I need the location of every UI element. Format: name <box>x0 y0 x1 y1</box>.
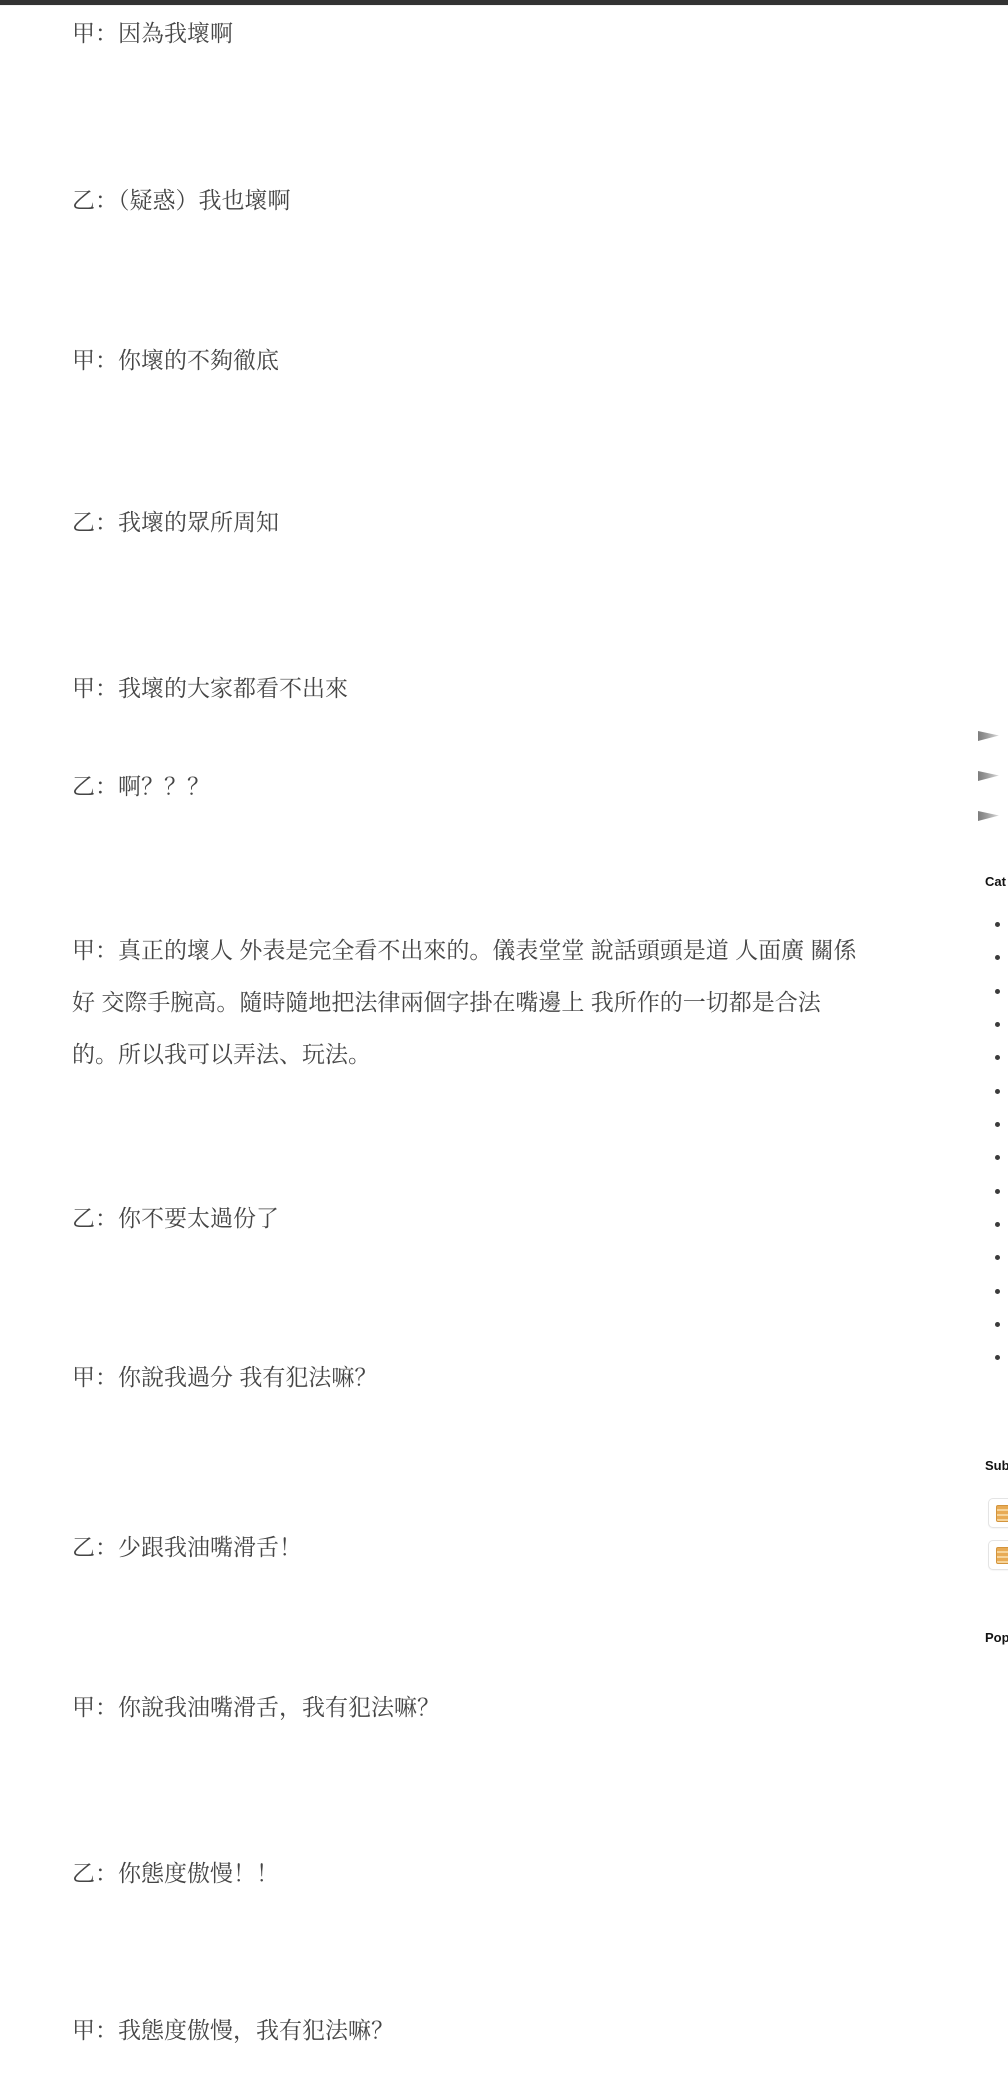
dialogue-line: 乙：少跟我油嘴滑舌！ <box>72 1521 862 1573</box>
dialogue-line: 甲：你說我過分 我有犯法嘛？ <box>72 1351 862 1403</box>
category-item-bullet[interactable] <box>995 1322 1000 1327</box>
dialogue-line: 甲：我態度傲慢，我有犯法嘛？ <box>72 2004 862 2056</box>
feed-icon <box>996 1547 1008 1564</box>
feed-button[interactable] <box>988 1540 1008 1570</box>
dialogue-line: 甲：因為我壞啊 <box>72 7 862 59</box>
categories-heading: Cat <box>985 874 1006 890</box>
dialogue-line: 乙：啊？？？ <box>72 760 862 812</box>
popular-heading: Pop <box>985 1630 1008 1646</box>
dialogue-line: 乙：你態度傲慢！！ <box>72 1847 862 1899</box>
category-item-bullet[interactable] <box>995 1355 1000 1360</box>
category-item-bullet[interactable] <box>995 1122 1000 1127</box>
feed-icon <box>996 1505 1008 1522</box>
feed-button[interactable] <box>988 1498 1008 1528</box>
dialogue-line: 甲：我壞的大家都看不出來 <box>72 662 862 714</box>
category-item-bullet[interactable] <box>995 1255 1000 1260</box>
dialogue-line: 甲：你說我油嘴滑舌，我有犯法嘛？ <box>72 1681 862 1733</box>
dialogue-line: 乙：你不要太過份了 <box>72 1192 862 1244</box>
category-item-bullet[interactable] <box>995 989 1000 994</box>
category-item-bullet[interactable] <box>995 1189 1000 1194</box>
dialogue-line: 甲：你壞的不夠徹底 <box>72 334 862 386</box>
category-item-bullet[interactable] <box>995 1289 1000 1294</box>
category-item-bullet[interactable] <box>995 1055 1000 1060</box>
category-item-bullet[interactable] <box>995 1089 1000 1094</box>
dialogue-line: 乙：我壞的眾所周知 <box>72 496 862 548</box>
category-item-bullet[interactable] <box>995 955 1000 960</box>
category-item-bullet[interactable] <box>995 922 1000 927</box>
category-item-bullet[interactable] <box>995 1155 1000 1160</box>
category-item-bullet[interactable] <box>995 1022 1000 1027</box>
dialogue-paragraph: 甲：真正的壞人 外表是完全看不出來的。儀表堂堂 說話頭頭是道 人面廣 關係好 交… <box>72 924 862 1080</box>
category-list <box>995 922 1000 1389</box>
dialogue-line: 乙：（疑惑）我也壞啊 <box>72 174 862 226</box>
category-item-bullet[interactable] <box>995 1222 1000 1227</box>
subscribe-heading: Sub <box>985 1458 1008 1474</box>
post-body: 甲：因為我壞啊 乙：（疑惑）我也壞啊 甲：你壞的不夠徹底 乙：我壞的眾所周知 甲… <box>0 0 1008 2081</box>
